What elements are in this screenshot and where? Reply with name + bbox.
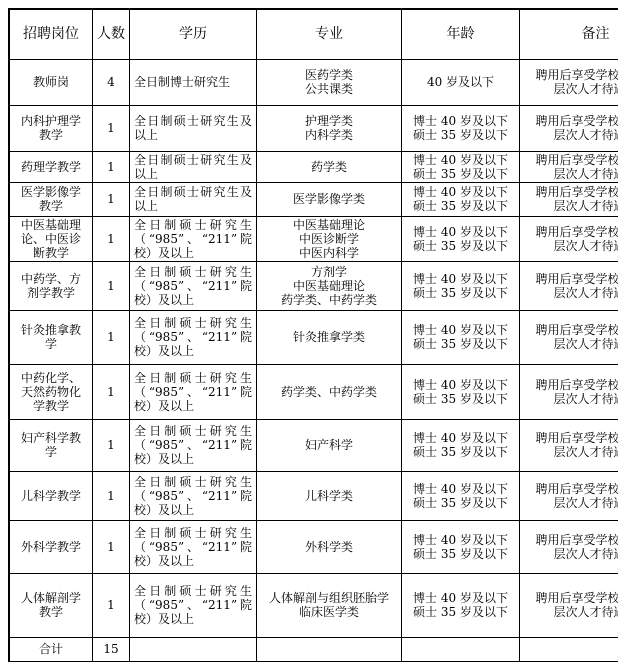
total-cell-age (402, 637, 520, 662)
cell-age: 40 岁及以下 (402, 59, 520, 105)
cell-count: 1 (93, 261, 130, 310)
cell-remark: 聘用后享受学校引进高 层次人才待遇。 (520, 105, 618, 151)
cell-count: 1 (93, 364, 130, 419)
cell-education: 全日制硕士研究生（“985”、“211”院校）及以上 (130, 573, 257, 637)
cell-age: 博士 40 岁及以下 硕士 35 岁及以下 (402, 261, 520, 310)
column-header-position: 招聘岗位 (9, 9, 93, 59)
table-row: 内科护理学 教学1全日制硕士研究生及以上护理学类 内科学类博士 40 岁及以下 … (9, 105, 618, 151)
cell-position: 医学影像学 教学 (9, 182, 93, 216)
cell-major: 护理学类 内科学类 (257, 105, 402, 151)
table-row: 中药化学、 天然药物化 学教学1全日制硕士研究生（“985”、“211”院校）及… (9, 364, 618, 419)
header-row: 招聘岗位人数学历专业年龄备注 (9, 9, 618, 59)
column-header-remark: 备注 (520, 9, 618, 59)
table-header: 招聘岗位人数学历专业年龄备注 (9, 9, 618, 59)
cell-major: 方剂学 中医基础理论 药学类、中药学类 (257, 261, 402, 310)
table-row: 中药学、方 剂学教学1全日制硕士研究生（“985”、“211”院校）及以上方剂学… (9, 261, 618, 310)
cell-major: 药学类、中药学类 (257, 364, 402, 419)
total-cell-count: 15 (93, 637, 130, 662)
cell-count: 1 (93, 105, 130, 151)
cell-remark: 聘用后享受学校引进高 层次人才待遇。 (520, 59, 618, 105)
cell-count: 1 (93, 520, 130, 573)
table-row: 针灸推拿教 学1全日制硕士研究生（“985”、“211”院校）及以上针灸推拿学类… (9, 310, 618, 364)
table-row: 儿科学教学1全日制硕士研究生（“985”、“211”院校）及以上儿科学类博士 4… (9, 471, 618, 520)
cell-position: 妇产科学教 学 (9, 419, 93, 471)
cell-remark: 聘用后享受学校引进高 层次人才待遇。 (520, 261, 618, 310)
column-header-education: 学历 (130, 9, 257, 59)
cell-age: 博士 40 岁及以下 硕士 35 岁及以下 (402, 182, 520, 216)
total-cell-education (130, 637, 257, 662)
cell-age: 博士 40 岁及以下 硕士 35 岁及以下 (402, 419, 520, 471)
column-header-count: 人数 (93, 9, 130, 59)
cell-remark: 聘用后享受学校引进高 层次人才待遇。 (520, 310, 618, 364)
cell-age: 博士 40 岁及以下 硕士 35 岁及以下 (402, 105, 520, 151)
total-row: 合计15 (9, 637, 618, 662)
cell-major: 医学影像学类 (257, 182, 402, 216)
table-row: 人体解剖学 教学1全日制硕士研究生（“985”、“211”院校）及以上人体解剖与… (9, 573, 618, 637)
cell-position: 药理学教学 (9, 151, 93, 182)
cell-position: 中药化学、 天然药物化 学教学 (9, 364, 93, 419)
cell-position: 针灸推拿教 学 (9, 310, 93, 364)
cell-major: 外科学类 (257, 520, 402, 573)
cell-position: 人体解剖学 教学 (9, 573, 93, 637)
cell-count: 1 (93, 310, 130, 364)
table-row: 中医基础理 论、中医诊 断教学1全日制硕士研究生（“985”、“211”院校）及… (9, 216, 618, 261)
cell-remark: 聘用后享受学校引进高 层次人才待遇。 (520, 520, 618, 573)
cell-count: 1 (93, 573, 130, 637)
cell-remark: 聘用后享受学校引进高 层次人才待遇。 (520, 216, 618, 261)
cell-major: 人体解剖与组织胚胎学 临床医学类 (257, 573, 402, 637)
cell-education: 全日制硕士研究生及以上 (130, 151, 257, 182)
cell-education: 全日制硕士研究生及以上 (130, 182, 257, 216)
column-header-major: 专业 (257, 9, 402, 59)
cell-count: 1 (93, 419, 130, 471)
cell-education: 全日制硕士研究生（“985”、“211”院校）及以上 (130, 471, 257, 520)
cell-count: 1 (93, 216, 130, 261)
cell-major: 中医基础理论 中医诊断学 中医内科学 (257, 216, 402, 261)
cell-position: 儿科学教学 (9, 471, 93, 520)
cell-major: 药学类 (257, 151, 402, 182)
total-cell-major (257, 637, 402, 662)
cell-age: 博士 40 岁及以下 硕士 35 岁及以下 (402, 471, 520, 520)
cell-position: 中药学、方 剂学教学 (9, 261, 93, 310)
table-row: 教师岗4全日制博士研究生医药学类 公共课类40 岁及以下聘用后享受学校引进高 层… (9, 59, 618, 105)
cell-count: 4 (93, 59, 130, 105)
cell-education: 全日制硕士研究生（“985”、“211”院校）及以上 (130, 216, 257, 261)
cell-age: 博士 40 岁及以下 硕士 35 岁及以下 (402, 151, 520, 182)
cell-major: 医药学类 公共课类 (257, 59, 402, 105)
cell-remark: 聘用后享受学校引进高 层次人才待遇。 (520, 419, 618, 471)
cell-remark: 聘用后享受学校引进高 层次人才待遇。 (520, 151, 618, 182)
cell-education: 全日制硕士研究生（“985”、“211”院校）及以上 (130, 364, 257, 419)
table-row: 妇产科学教 学1全日制硕士研究生（“985”、“211”院校）及以上妇产科学博士… (9, 419, 618, 471)
cell-position: 中医基础理 论、中医诊 断教学 (9, 216, 93, 261)
cell-remark: 聘用后享受学校引进高 层次人才待遇。 (520, 471, 618, 520)
cell-remark: 聘用后享受学校引进高 层次人才待遇。 (520, 182, 618, 216)
cell-count: 1 (93, 182, 130, 216)
cell-education: 全日制硕士研究生（“985”、“211”院校）及以上 (130, 310, 257, 364)
cell-age: 博士 40 岁及以下 硕士 35 岁及以下 (402, 310, 520, 364)
total-cell-remark (520, 637, 618, 662)
cell-education: 全日制博士研究生 (130, 59, 257, 105)
table-body: 教师岗4全日制博士研究生医药学类 公共课类40 岁及以下聘用后享受学校引进高 层… (9, 59, 618, 662)
cell-age: 博士 40 岁及以下 硕士 35 岁及以下 (402, 520, 520, 573)
cell-position: 内科护理学 教学 (9, 105, 93, 151)
cell-count: 1 (93, 471, 130, 520)
cell-remark: 聘用后享受学校引进高 层次人才待遇。 (520, 573, 618, 637)
table-row: 医学影像学 教学1全日制硕士研究生及以上医学影像学类博士 40 岁及以下 硕士 … (9, 182, 618, 216)
cell-education: 全日制硕士研究生及以上 (130, 105, 257, 151)
cell-education: 全日制硕士研究生（“985”、“211”院校）及以上 (130, 520, 257, 573)
cell-major: 儿科学类 (257, 471, 402, 520)
cell-education: 全日制硕士研究生（“985”、“211”院校）及以上 (130, 261, 257, 310)
total-cell-position: 合计 (9, 637, 93, 662)
cell-position: 外科学教学 (9, 520, 93, 573)
cell-count: 1 (93, 151, 130, 182)
cell-education: 全日制硕士研究生（“985”、“211”院校）及以上 (130, 419, 257, 471)
column-header-age: 年龄 (402, 9, 520, 59)
cell-age: 博士 40 岁及以下 硕士 35 岁及以下 (402, 364, 520, 419)
cell-position: 教师岗 (9, 59, 93, 105)
cell-remark: 聘用后享受学校引进高 层次人才待遇。 (520, 364, 618, 419)
cell-age: 博士 40 岁及以下 硕士 35 岁及以下 (402, 216, 520, 261)
cell-age: 博士 40 岁及以下 硕士 35 岁及以下 (402, 573, 520, 637)
recruitment-table-page: 招聘岗位人数学历专业年龄备注 教师岗4全日制博士研究生医药学类 公共课类40 岁… (0, 0, 618, 662)
recruitment-table: 招聘岗位人数学历专业年龄备注 教师岗4全日制博士研究生医药学类 公共课类40 岁… (8, 8, 618, 662)
cell-major: 针灸推拿学类 (257, 310, 402, 364)
table-row: 药理学教学1全日制硕士研究生及以上药学类博士 40 岁及以下 硕士 35 岁及以… (9, 151, 618, 182)
cell-major: 妇产科学 (257, 419, 402, 471)
table-row: 外科学教学1全日制硕士研究生（“985”、“211”院校）及以上外科学类博士 4… (9, 520, 618, 573)
